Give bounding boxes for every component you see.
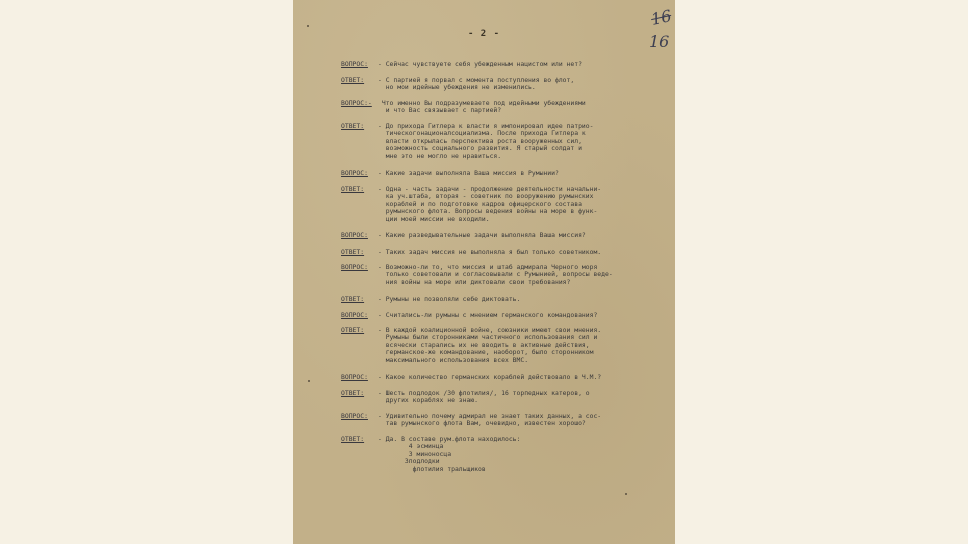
entry-label: ВОПРОС: bbox=[341, 374, 368, 381]
document-page: - 2 - 16 16 ВОПРОС:- Сейчас чувствуете с… bbox=[293, 0, 675, 544]
entry-text: - Какие задачи выполняла Ваша миссия в Р… bbox=[378, 170, 672, 177]
entry-label: ОТВЕТ: bbox=[341, 123, 364, 130]
entry-text: Что именно Вы подразумеваете под идейным… bbox=[378, 100, 672, 115]
entry-text: - Какое количество германских кораблей д… bbox=[378, 374, 672, 381]
entry-label: ВОПРОС:- bbox=[341, 100, 372, 107]
entry-text: - До прихода Гитлера к власти я импониро… bbox=[378, 123, 672, 160]
entry-text: - Удивительно почему адмирал не знает та… bbox=[378, 413, 672, 428]
entry-text: - В каждой коалиционной войне, союзники … bbox=[378, 327, 672, 364]
entry-text: - Румыны не позволяли себе диктовать. bbox=[378, 296, 672, 303]
handwritten-mark-crossed: 16 bbox=[649, 6, 673, 29]
entry-text: - Какие разведывательные задачи выполнял… bbox=[378, 232, 672, 239]
entry-label: ОТВЕТ: bbox=[341, 327, 364, 334]
entry-label: ОТВЕТ: bbox=[341, 390, 364, 397]
paper-speck bbox=[625, 493, 627, 495]
paper-speck bbox=[308, 380, 310, 382]
entry-text: - Одна - часть задачи - продолжение деят… bbox=[378, 186, 672, 223]
entry-text: - Возможно-ли то, что миссия и штаб адми… bbox=[378, 264, 672, 286]
entry-label: ОТВЕТ: bbox=[341, 77, 364, 84]
entry-label: ОТВЕТ: bbox=[341, 186, 364, 193]
page-number: - 2 - bbox=[293, 29, 675, 39]
entry-text: - Считались-ли румыны с мнением германск… bbox=[378, 312, 672, 319]
entry-label: ВОПРОС: bbox=[341, 312, 368, 319]
entry-label: ОТВЕТ: bbox=[341, 249, 364, 256]
entry-text: - Шесть подлодок /30 флотилия/, 16 торпе… bbox=[378, 390, 672, 405]
entry-text: - С партией я порвал с момента поступлен… bbox=[378, 77, 672, 92]
entry-label: ВОПРОС: bbox=[341, 264, 368, 271]
entry-text: - Таких задач миссия не выполняла я был … bbox=[378, 249, 672, 256]
entry-label: ОТВЕТ: bbox=[341, 436, 364, 443]
entry-label: ВОПРОС: bbox=[341, 61, 368, 68]
entry-text: - Да. В составе рум.флота находилось: 4 … bbox=[378, 436, 672, 473]
entry-text: - Сейчас чувствуете себя убежденным наци… bbox=[378, 61, 672, 68]
entry-label: ОТВЕТ: bbox=[341, 296, 364, 303]
entry-label: ВОПРОС: bbox=[341, 170, 368, 177]
entry-label: ВОПРОС: bbox=[341, 413, 368, 420]
entry-label: ВОПРОС: bbox=[341, 232, 368, 239]
paper-speck bbox=[307, 25, 309, 27]
handwritten-mark: 16 bbox=[649, 32, 669, 51]
